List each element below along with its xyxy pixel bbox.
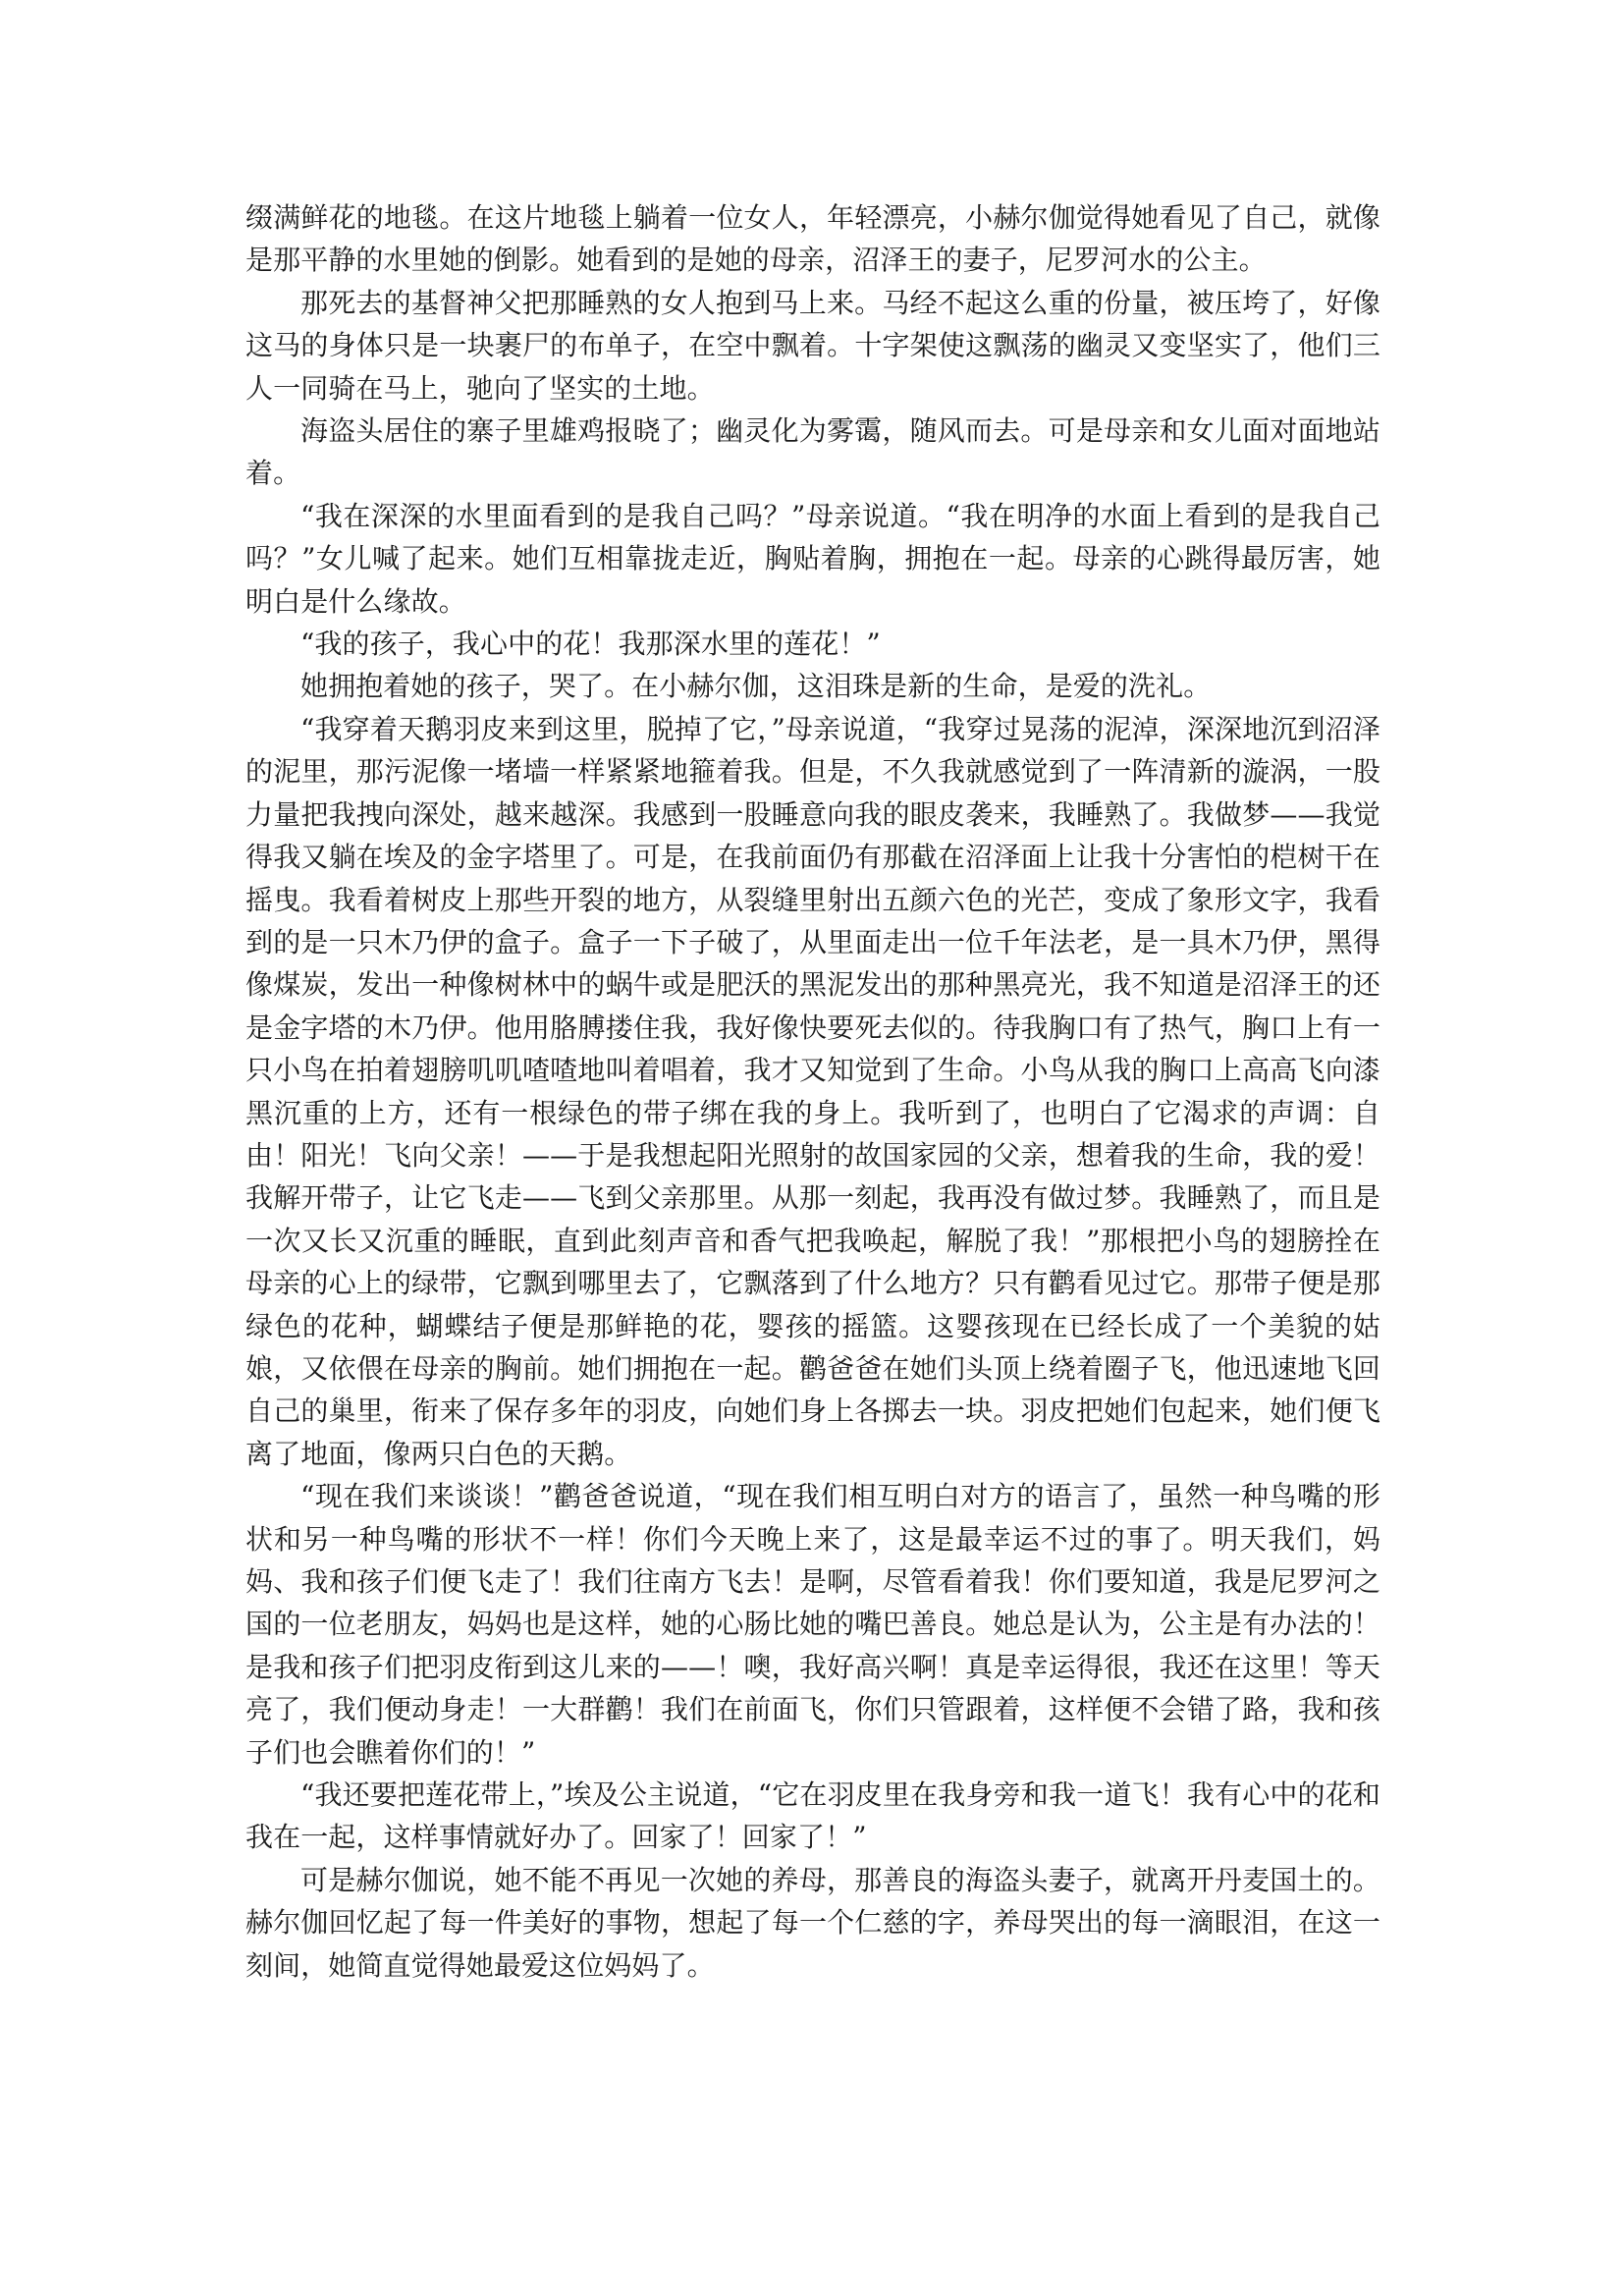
paragraph: “我还要把莲花带上，”埃及公主说道，“它在羽皮里在我身旁和我一道飞！我有心中的花… (245, 1774, 1380, 1859)
paragraph: “我在深深的水里面看到的是我自己吗？”母亲说道。“我在明净的水面上看到的是我自己… (245, 495, 1380, 623)
paragraph: “现在我们来谈谈！”鹳爸爸说道，“现在我们相互明白对方的语言了，虽然一种鸟嘴的形… (245, 1475, 1380, 1774)
paragraph: “我穿着天鹅羽皮来到这里，脱掉了它，”母亲说道，“我穿过晃荡的泥淖，深深地沉到沼… (245, 708, 1380, 1475)
paragraph: 可是赫尔伽说，她不能不再见一次她的养母，那善良的海盗头妻子，就离开丹麦国土的。赫… (245, 1859, 1380, 1987)
paragraph: 她拥抱着她的孩子，哭了。在小赫尔伽，这泪珠是新的生命，是爱的洗礼。 (245, 665, 1380, 707)
paragraph: 海盗头居住的寨子里雄鸡报晓了；幽灵化为雾霭，随风而去。可是母亲和女儿面对面地站着… (245, 410, 1380, 495)
paragraph: 那死去的基督神父把那睡熟的女人抱到马上来。马经不起这么重的份量，被压垮了，好像这… (245, 282, 1380, 410)
paragraph: “我的孩子，我心中的花！我那深水里的莲花！” (245, 623, 1380, 665)
paragraph-continued: 缀满鲜花的地毯。在这片地毯上躺着一位女人，年轻漂亮，小赫尔伽觉得她看见了自己，就… (245, 196, 1380, 282)
document-page: 缀满鲜花的地毯。在这片地毯上躺着一位女人，年轻漂亮，小赫尔伽觉得她看见了自己，就… (245, 196, 1380, 1987)
